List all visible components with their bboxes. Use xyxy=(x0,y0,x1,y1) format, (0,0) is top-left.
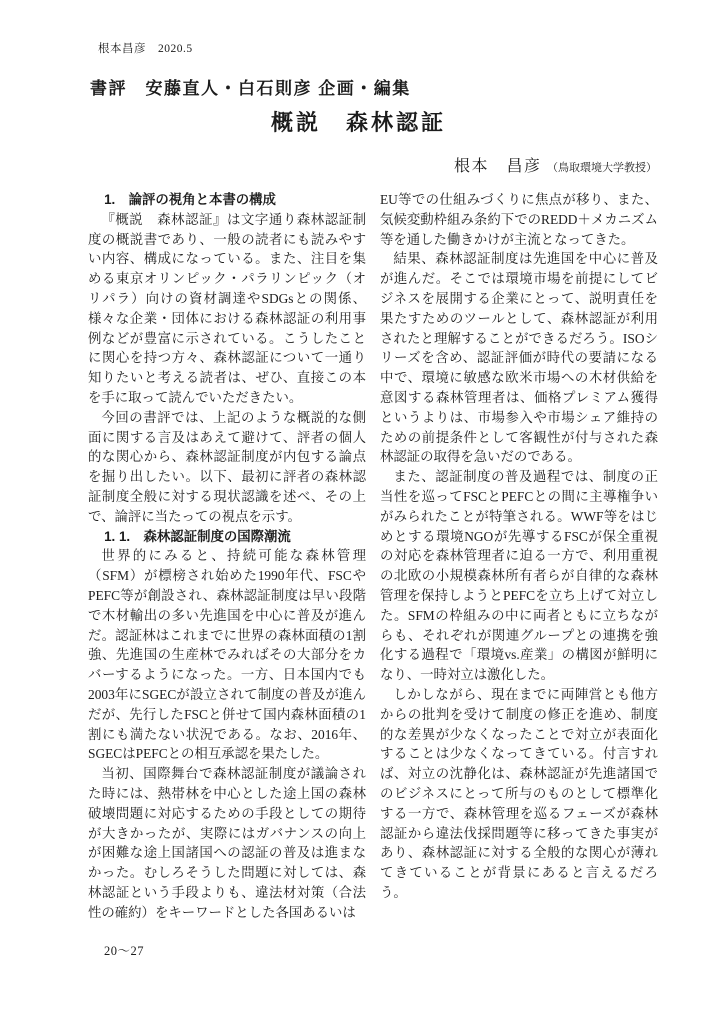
author-name: 根本 昌彦 xyxy=(454,158,542,175)
column-right: EU等での仕組みづくりに焦点が移り、また、気候変動枠組み条約下でのREDD＋メカ… xyxy=(380,190,658,922)
paragraph: 『概説 森林認証』は文字通り森林認証制度の概説書であり、一般の読者にも読みやすい… xyxy=(88,210,366,408)
paragraph: 世界的にみると、持続可能な森林管理（SFM）が標榜され始めた1990年代、FSC… xyxy=(88,546,366,764)
column-left: 1. 論評の視角と本書の構成『概説 森林認証』は文字通り森林認証制度の概説書であ… xyxy=(88,190,366,922)
review-kicker: 書評 安藤直人・白石則彦 企画・編集 xyxy=(90,74,411,99)
paragraph: 当初、国際舞台で森林認証制度が議論された時には、熱帯林を中心とした途上国の森林破… xyxy=(88,764,366,922)
document-page: 根本昌彦 2020.5 書評 安藤直人・白石則彦 企画・編集 概説 森林認証 根… xyxy=(0,0,717,1012)
manuscript-header-note: 根本昌彦 2020.5 xyxy=(98,40,193,56)
paragraph: 結果、森林認証制度は先進国を中心に普及が進んだ。そこでは環境市場を前提にしてビジ… xyxy=(380,249,658,467)
author-affiliation: （鳥取環境大学教授） xyxy=(547,162,657,174)
section-heading: 1. 論評の視角と本書の構成 xyxy=(88,190,366,210)
page-title: 概説 森林認証 xyxy=(0,106,717,137)
page-range: 20～27 xyxy=(104,941,144,959)
author-line: 根本 昌彦 （鳥取環境大学教授） xyxy=(454,153,657,176)
section-heading: 1. 1. 森林認証制度の国際潮流 xyxy=(88,527,366,547)
body-columns: 1. 論評の視角と本書の構成『概説 森林認証』は文字通り森林認証制度の概説書であ… xyxy=(88,190,658,922)
paragraph: EU等での仕組みづくりに焦点が移り、また、気候変動枠組み条約下でのREDD＋メカ… xyxy=(380,190,658,249)
paragraph: また、認証制度の普及過程では、制度の正当性を巡ってFSCとPEFCとの間に主導権… xyxy=(380,467,658,685)
paragraph: しかしながら、現在までに両陣営とも他方からの批判を受けて制度の修正を進め、制度的… xyxy=(380,685,658,903)
paragraph: 今回の書評では、上記のような概説的な側面に関する言及はあえて避けて、評者の個人的… xyxy=(88,408,366,527)
